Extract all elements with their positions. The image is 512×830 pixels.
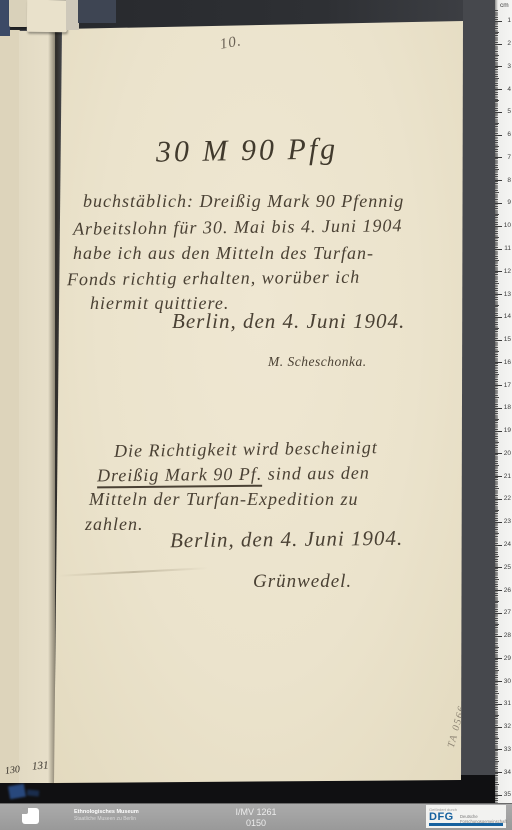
ruler-cm-number: 11 bbox=[502, 245, 511, 252]
ruler-cm-number: 34 bbox=[502, 769, 511, 776]
ruler-half-tick bbox=[495, 55, 499, 56]
paper-crease bbox=[58, 567, 208, 577]
ruler-unit-label: cm bbox=[500, 2, 509, 9]
ruler-cm-number: 23 bbox=[502, 518, 511, 525]
ruler-half-tick bbox=[495, 670, 499, 671]
ruler-cm-number: 1 bbox=[502, 17, 511, 24]
ruler-cm-tick bbox=[495, 408, 502, 409]
ruler-cm-number: 2 bbox=[502, 40, 511, 47]
ruler-cm-number: 28 bbox=[502, 632, 511, 639]
ruler-cm-number: 30 bbox=[502, 678, 511, 685]
certification-line: Dreißig Mark 90 Pf. sind aus den bbox=[97, 463, 370, 487]
ruler-half-tick bbox=[495, 488, 499, 489]
ruler-cm-tick bbox=[495, 431, 502, 432]
page-number: 10. bbox=[219, 33, 243, 54]
ruler-cm-tick bbox=[495, 340, 502, 341]
ruler-cm-number: 10 bbox=[502, 222, 511, 229]
ruler-cm-number: 21 bbox=[502, 473, 511, 480]
ruler-cm-tick bbox=[495, 704, 502, 705]
ruler-cm-number: 32 bbox=[502, 723, 511, 730]
ruler-cm-number: 15 bbox=[502, 336, 511, 343]
ruler-cm-number: 24 bbox=[502, 541, 511, 548]
ruler-cm-tick bbox=[495, 727, 502, 728]
manuscript-page: 10. 30 M 90 Pfg buchstäblich: Dreißig Ma… bbox=[54, 21, 463, 783]
ruler-cm-number: 13 bbox=[502, 291, 511, 298]
ruler-half-tick bbox=[495, 146, 499, 147]
receipt-signature: M. Scheschonka. bbox=[268, 354, 367, 370]
ruler-cm-tick bbox=[495, 157, 502, 158]
ruler-half-tick bbox=[495, 305, 499, 306]
ruler-cm-number: 19 bbox=[502, 427, 511, 434]
ruler-cm-tick bbox=[495, 658, 502, 659]
ruler-cm-tick bbox=[495, 21, 502, 22]
receipt-line: Fonds richtig erhalten, worüber ich bbox=[67, 267, 360, 291]
ruler-half-tick bbox=[495, 78, 499, 79]
ruler-cm-number: 4 bbox=[502, 86, 511, 93]
ruler-cm-tick bbox=[495, 317, 502, 318]
ruler-cm-number: 29 bbox=[502, 655, 511, 662]
binding-tab bbox=[78, 0, 116, 23]
receipt-line: habe ich aus den Mitteln des Turfan- bbox=[73, 243, 374, 264]
certification-line: Mitteln der Turfan-Expedition zu bbox=[89, 489, 358, 510]
page-edge-strip bbox=[0, 30, 20, 783]
ruler-half-tick bbox=[495, 32, 499, 33]
ruler-cm-tick bbox=[495, 203, 502, 204]
ruler-cm-number: 31 bbox=[502, 700, 511, 707]
ruler-cm-tick bbox=[495, 795, 502, 796]
ruler-cm-tick bbox=[495, 590, 502, 591]
ruler-cm-number: 35 bbox=[502, 791, 511, 798]
ruler-cm-tick bbox=[495, 476, 502, 477]
certification-line: zahlen. bbox=[85, 514, 144, 535]
ruler-half-tick bbox=[495, 100, 499, 101]
ruler-cm-number: 3 bbox=[502, 63, 511, 70]
ruler-cm-number: 8 bbox=[502, 177, 511, 184]
ruler-half-tick bbox=[495, 693, 499, 694]
ruler-cm-number: 20 bbox=[502, 450, 511, 457]
ruler-half-tick bbox=[495, 533, 499, 534]
ruler-cm-tick bbox=[495, 271, 502, 272]
underlined-amount: Dreißig Mark 90 Pf. bbox=[97, 464, 263, 489]
ruler-half-tick bbox=[495, 214, 499, 215]
ruler-cm-tick bbox=[495, 362, 502, 363]
ruler-cm-tick bbox=[495, 613, 502, 614]
pencil-folio-number: 131 bbox=[32, 759, 49, 772]
ruler-cm-tick bbox=[495, 44, 502, 45]
ruler-cm-tick bbox=[495, 545, 502, 546]
ruler-half-tick bbox=[495, 601, 499, 602]
ruler-cm-number: 26 bbox=[502, 587, 511, 594]
binding-glimpse bbox=[8, 784, 26, 800]
ruler-cm-tick bbox=[495, 89, 502, 90]
ruler-cm-number: 14 bbox=[502, 313, 511, 320]
paper-tab bbox=[9, 0, 28, 27]
ruler-half-tick bbox=[495, 374, 499, 375]
receipt-dateline: Berlin, den 4. Juni 1904. bbox=[172, 309, 405, 334]
ruler-half-tick bbox=[495, 351, 499, 352]
ruler-mm-ticks bbox=[495, 10, 498, 803]
ruler-cm-number: 5 bbox=[502, 108, 511, 115]
ruler-half-tick bbox=[495, 419, 499, 420]
ruler-cm-tick bbox=[495, 385, 502, 386]
ruler-half-tick bbox=[495, 123, 499, 124]
certification-line-rest: sind aus den bbox=[262, 463, 370, 484]
ruler-cm-tick bbox=[495, 112, 502, 113]
paper-tab bbox=[27, 0, 67, 32]
ruler-half-tick bbox=[495, 397, 499, 398]
certification-dateline: Berlin, den 4. Juni 1904. bbox=[170, 526, 403, 553]
pencil-folio-number: 130 bbox=[4, 764, 20, 777]
dfg-logo-block: Gefördert durch DFG Deutsche Forschungsg… bbox=[426, 805, 506, 828]
footer-bar: Ethnologisches Museum Staatliche Museen … bbox=[0, 803, 512, 830]
ruler-cm-tick bbox=[495, 681, 502, 682]
ruler-cm-tick bbox=[495, 636, 502, 637]
ruler-cm-tick bbox=[495, 522, 502, 523]
amount-heading: 30 M 90 Pfg bbox=[156, 132, 339, 169]
ruler-half-tick bbox=[495, 579, 499, 580]
receipt-line: Arbeitslohn für 30. Mai bis 4. Juni 1904 bbox=[73, 215, 403, 239]
ruler-cm-number: 16 bbox=[502, 359, 511, 366]
ruler-cm-number: 27 bbox=[502, 609, 511, 616]
ruler-half-tick bbox=[495, 715, 499, 716]
ruler-cm-number: 6 bbox=[502, 131, 511, 138]
ruler-half-tick bbox=[495, 260, 499, 261]
ruler-half-tick bbox=[495, 784, 499, 785]
ruler-cm-number: 25 bbox=[502, 564, 511, 571]
ruler-cm-tick bbox=[495, 135, 502, 136]
ruler-half-tick bbox=[495, 442, 499, 443]
certification-line: Die Richtigkeit wird bescheinigt bbox=[114, 437, 378, 462]
ruler-cm-number: 22 bbox=[502, 495, 511, 502]
ruler-cm-tick bbox=[495, 749, 502, 750]
ruler-cm-number: 9 bbox=[502, 199, 511, 206]
ruler-cm-tick bbox=[495, 567, 502, 568]
dfg-blue-bar bbox=[429, 823, 503, 826]
ruler-cm-number: 12 bbox=[502, 268, 511, 275]
ruler-half-tick bbox=[495, 556, 499, 557]
binding-glimpse bbox=[27, 789, 40, 796]
ruler-cm-tick bbox=[495, 499, 502, 500]
ruler-cm-tick bbox=[495, 66, 502, 67]
ruler-cm-tick bbox=[495, 294, 502, 295]
ruler-cm-number: 18 bbox=[502, 404, 511, 411]
ruler-cm-number: 17 bbox=[502, 382, 511, 389]
receipt-line: buchstäblich: Dreißig Mark 90 Pfennig bbox=[83, 191, 404, 212]
ruler-cm-tick bbox=[495, 249, 502, 250]
ruler-half-tick bbox=[495, 738, 499, 739]
ruler-half-tick bbox=[495, 169, 499, 170]
ruler-half-tick bbox=[495, 283, 499, 284]
ruler-cm-number: 7 bbox=[502, 154, 511, 161]
ruler-half-tick bbox=[495, 510, 499, 511]
archive-code: TA 0566 bbox=[446, 704, 468, 749]
ruler-half-tick bbox=[495, 465, 499, 466]
ruler-cm-tick bbox=[495, 453, 502, 454]
dfg-logo: DFG bbox=[429, 811, 454, 823]
ruler: cm 1234567891011121314151617181920212223… bbox=[495, 0, 512, 803]
ruler-cm-number: 33 bbox=[502, 746, 511, 753]
scan-viewer: 10. 30 M 90 Pfg buchstäblich: Dreißig Ma… bbox=[0, 0, 512, 830]
certification-signature: Grünwedel. bbox=[253, 571, 352, 593]
ruler-cm-tick bbox=[495, 180, 502, 181]
ruler-cm-tick bbox=[495, 772, 502, 773]
ruler-half-tick bbox=[495, 237, 499, 238]
ruler-half-tick bbox=[495, 192, 499, 193]
ruler-half-tick bbox=[495, 328, 499, 329]
ruler-cm-tick bbox=[495, 226, 502, 227]
ruler-half-tick bbox=[495, 624, 499, 625]
ruler-half-tick bbox=[495, 647, 499, 648]
ruler-half-tick bbox=[495, 761, 499, 762]
